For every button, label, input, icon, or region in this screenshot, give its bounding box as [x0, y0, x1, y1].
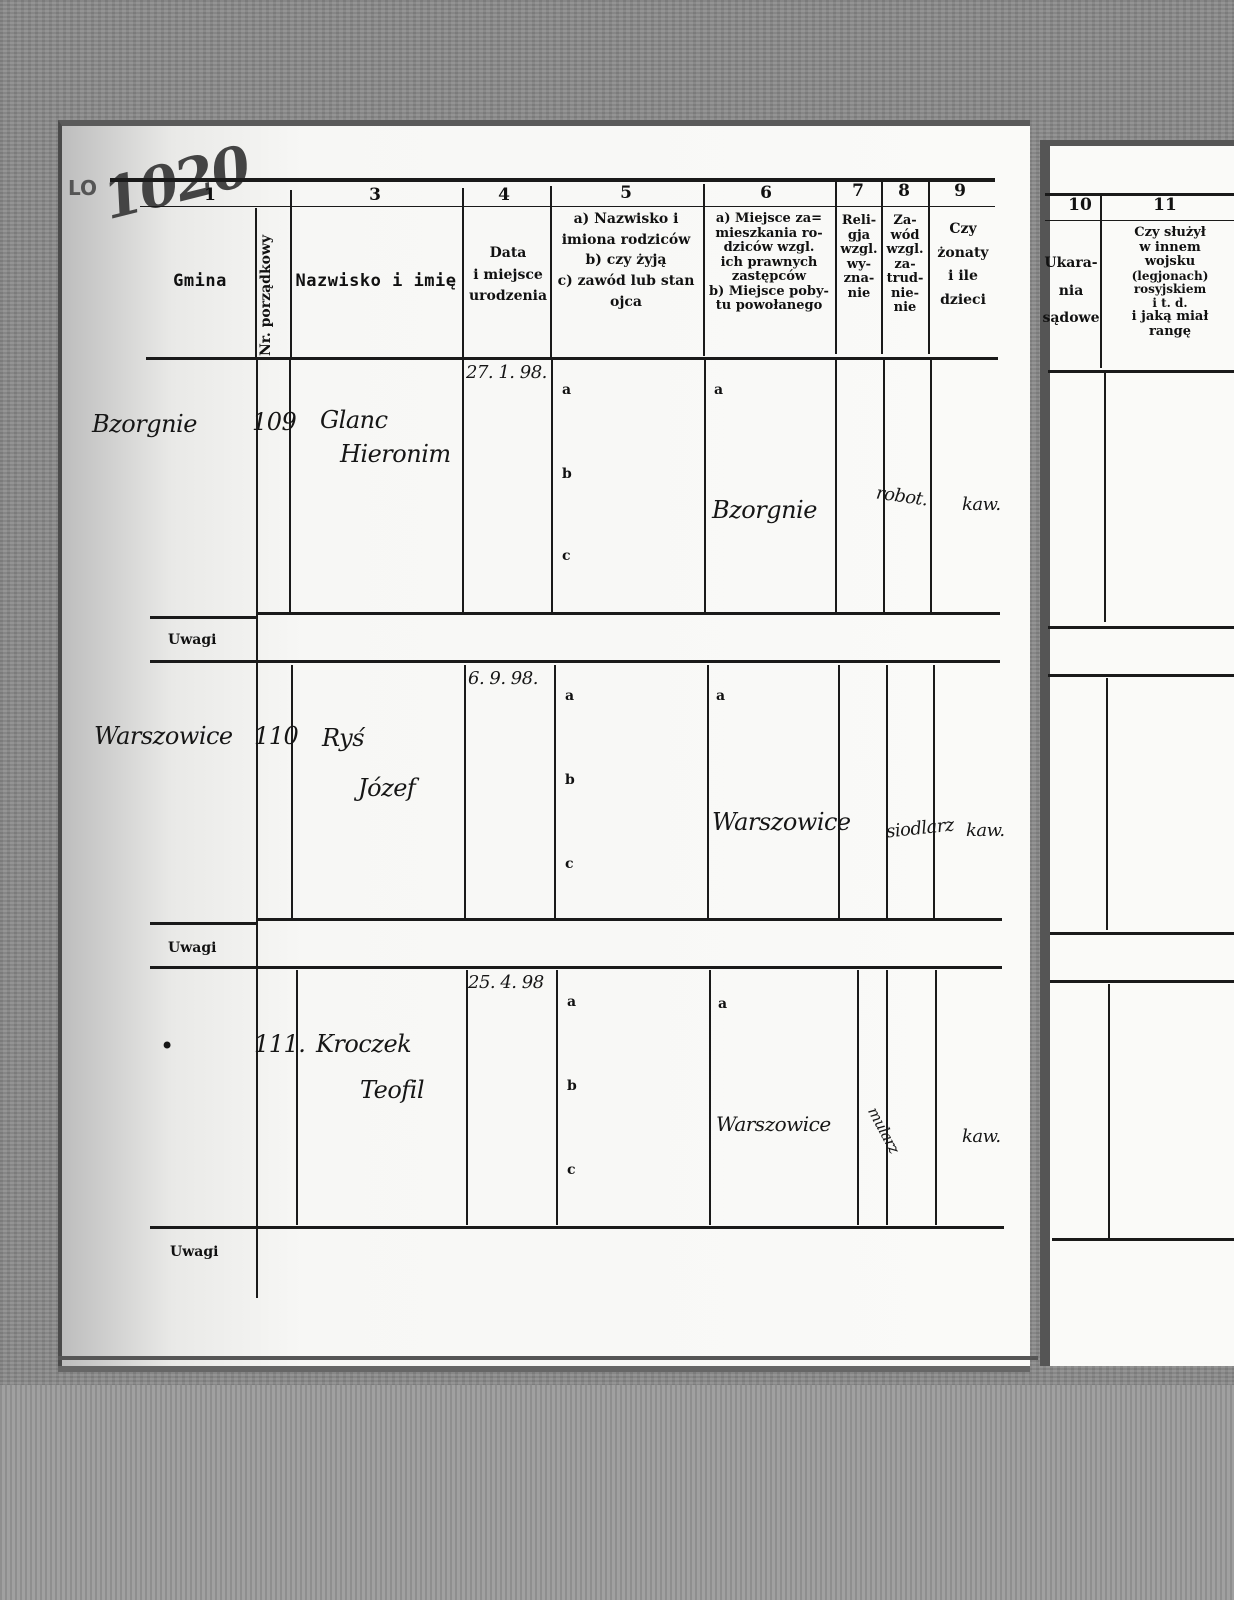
- r2-label-c: c: [565, 856, 574, 872]
- r3-vrule-5: [709, 970, 711, 1225]
- r3-nr: 111.: [254, 1030, 305, 1058]
- r2-vrule-8: [933, 665, 935, 920]
- r2-bottom-rule: [258, 918, 1002, 921]
- r3-vrule-4: [556, 970, 558, 1225]
- vrule-gmina: [256, 358, 258, 1298]
- col-header-gmina: Gmina: [150, 272, 250, 291]
- scan-background: [0, 1385, 1234, 1600]
- r2-residence: Warszowice: [712, 808, 851, 836]
- r1-remarks-rule-right: [1048, 674, 1234, 677]
- r1-residence: Bzorgnie: [712, 496, 817, 524]
- r1-label-6a: a: [714, 382, 723, 398]
- r3-vrule-2: [296, 970, 298, 1225]
- vrule-hdr-1: [255, 208, 257, 358]
- r1-label-a: a: [562, 382, 571, 398]
- r1-vrule-8: [930, 360, 932, 614]
- r1-label-c: c: [562, 548, 571, 564]
- r2-vrule-5: [707, 665, 709, 920]
- r1-vrule-3: [462, 360, 464, 614]
- vrule-hdr-3: [462, 188, 464, 358]
- r1-vrule-2: [289, 360, 291, 614]
- colnum-rule: [140, 206, 995, 207]
- vrule-hdr-7: [881, 182, 883, 354]
- r1-vrule-10: [1104, 372, 1106, 622]
- r3-surname: Kroczek: [316, 1030, 411, 1058]
- r1-bottom-rule-left: [150, 616, 256, 619]
- r2-remarks-label: Uwagi: [168, 940, 216, 956]
- r2-remarks-rule: [150, 966, 1002, 969]
- r1-vrule-6: [835, 360, 837, 614]
- r3-remarks-label: Uwagi: [170, 1244, 218, 1260]
- col-num-5: 5: [606, 184, 646, 203]
- col-num-11: 11: [1140, 196, 1190, 215]
- header-bottom-rule: [146, 357, 998, 360]
- r3-gmina: •: [160, 1032, 174, 1060]
- col-num-6: 6: [746, 184, 786, 203]
- r2-label-b: b: [565, 772, 575, 788]
- col-header-birth: Data i miejsce urodzenia: [464, 246, 552, 305]
- vrule-hdr-5: [703, 184, 705, 356]
- col-header-convictions: Ukara- nia sądowe: [1040, 256, 1102, 327]
- r3-label-b: b: [567, 1078, 577, 1094]
- r1-vrule-4: [551, 360, 553, 614]
- r2-vrule-7: [886, 665, 888, 920]
- r1-birth-date: 27. 1. 98.: [466, 362, 547, 383]
- r2-vrule-3: [464, 665, 466, 920]
- col-header-other-service: Czy służył w innem wojsku (legjonach) ro…: [1106, 226, 1234, 339]
- r1-surname: Glanc: [320, 406, 388, 434]
- r2-label-a: a: [565, 688, 574, 704]
- r3-birth-date: 25. 4. 98: [468, 972, 544, 993]
- col-header-nr: Nr. porządkowy: [258, 235, 274, 356]
- r3-col9: kaw.: [962, 1126, 1001, 1147]
- col-num-1: 1: [190, 186, 230, 205]
- archive-prefix: LO: [68, 176, 97, 200]
- col-header-occupation: Za- wód wzgl. za- trud- nie- nie: [882, 214, 928, 316]
- r2-gmina: Warszowice: [94, 722, 233, 750]
- r2-bottom-rule-right: [1050, 932, 1234, 935]
- r1-bottom-rule-right: [1048, 626, 1234, 629]
- vrule-hdr-6: [835, 182, 837, 354]
- col-header-residence: a) Miejsce za= mieszkania ro- dziców wzg…: [703, 212, 835, 314]
- r1-remarks-label: Uwagi: [168, 632, 216, 648]
- r2-given-name: Józef: [358, 774, 415, 802]
- r2-remarks-rule-right: [1050, 980, 1234, 983]
- r3-label-6a: a: [718, 996, 727, 1012]
- r3-residence: Warszowice: [716, 1112, 831, 1136]
- r3-vrule-10: [1108, 984, 1110, 1238]
- colnum-rule-right: [1045, 220, 1234, 221]
- col-header-married: Czy żonaty i ile dzieci: [930, 222, 996, 309]
- r1-label-b: b: [562, 466, 572, 482]
- col-num-4: 4: [484, 186, 524, 205]
- col-header-parents: a) Nazwisko i imiona rodziców b) czy żyj…: [550, 212, 702, 310]
- col-num-7: 7: [838, 182, 878, 201]
- col-num-3: 3: [355, 186, 395, 205]
- r3-bottom-rule-right: [1052, 1238, 1234, 1241]
- r3-label-a: a: [567, 994, 576, 1010]
- header-bottom-rule-right: [1048, 370, 1234, 373]
- r3-given-name: Teofil: [360, 1076, 424, 1104]
- r3-label-c: c: [567, 1162, 576, 1178]
- r2-vrule-10: [1106, 678, 1108, 930]
- r1-bottom-rule: [258, 612, 1000, 615]
- vrule-hdr-10: [1100, 196, 1102, 368]
- r2-birth-date: 6. 9. 98.: [468, 668, 538, 689]
- r1-nr: 109: [252, 408, 296, 436]
- vrule-hdr-2: [290, 190, 292, 358]
- r1-gmina: Bzorgnie: [92, 410, 197, 438]
- r2-vrule-2: [291, 665, 293, 920]
- r2-vrule-4: [554, 665, 556, 920]
- col-num-8: 8: [884, 182, 924, 201]
- r1-given-name: Hieronim: [340, 440, 451, 468]
- col-header-religion: Reli- gja wzgl. wy- zna- nie: [836, 214, 882, 301]
- r3-vrule-8: [935, 970, 937, 1225]
- r3-bottom-rule: [150, 1226, 1004, 1229]
- col-header-name: Nazwisko i imię: [290, 272, 462, 291]
- col-num-10: 10: [1055, 196, 1105, 215]
- page-bottom-edge: [58, 1356, 1038, 1360]
- r3-vrule-6: [857, 970, 859, 1225]
- r2-col9: kaw.: [966, 820, 1005, 841]
- vrule-hdr-4: [550, 186, 552, 358]
- r2-bottom-rule-left: [150, 922, 256, 925]
- r1-vrule-5: [704, 360, 706, 614]
- r1-remarks-rule: [150, 660, 1000, 663]
- r2-label-6a: a: [716, 688, 725, 704]
- r2-surname: Ryś: [322, 724, 364, 752]
- r3-vrule-7: [886, 970, 888, 1225]
- r1-col9: kaw.: [962, 494, 1001, 515]
- r2-nr: 110: [254, 722, 298, 750]
- col-num-9: 9: [940, 182, 980, 201]
- vrule-hdr-8: [928, 182, 930, 354]
- r3-vrule-3: [466, 970, 468, 1225]
- r2-vrule-6: [838, 665, 840, 920]
